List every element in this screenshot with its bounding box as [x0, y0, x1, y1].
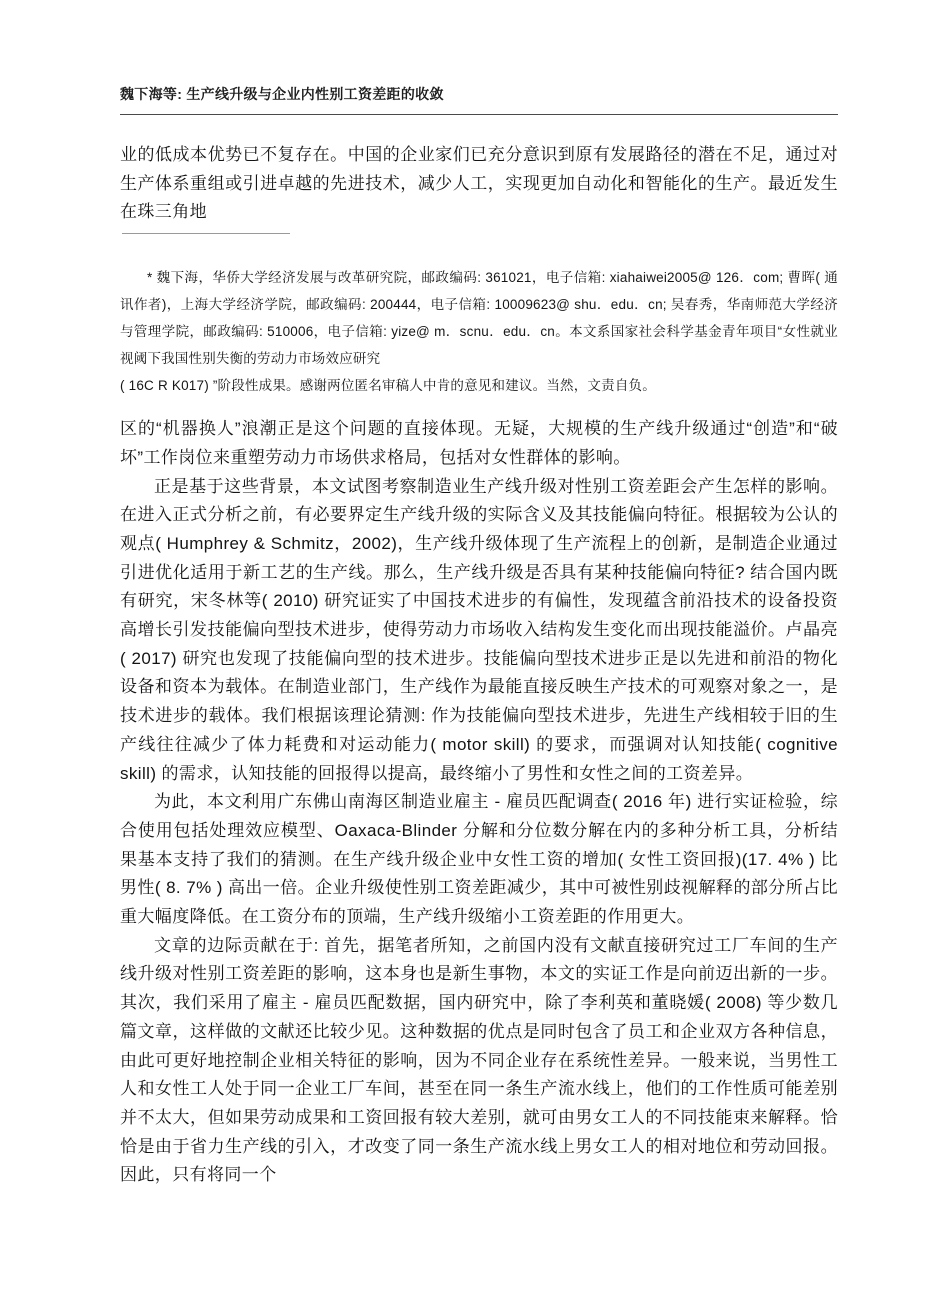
footnote-author-affiliations: * 魏下海，华侨大学经济发展与改革研究院，邮政编码: 361021，电子信箱: …	[120, 264, 838, 372]
footnote-block: * 魏下海，华侨大学经济发展与改革研究院，邮政编码: 361021，电子信箱: …	[120, 264, 838, 399]
paragraph-research-background: 正是基于这些背景，本文试图考察制造业生产线升级对性别工资差距会产生怎样的影响。在…	[120, 473, 838, 789]
paragraph-marginal-contribution: 文章的边际贡献在于: 首先，据笔者所知，之前国内没有文献直接研究过工厂车间的生产…	[120, 932, 838, 1190]
article-body: 业的低成本优势已不复存在。中国的企业家们已充分意识到原有发展路径的潜在不足，通过…	[120, 141, 838, 1190]
footnote-separator-rule	[122, 233, 290, 234]
header-rule	[120, 114, 838, 115]
paragraph-machine-replacement: 区的“机器换人”浪潮正是这个问题的直接体现。无疑，大规模的生产线升级通过“创造”…	[120, 415, 838, 472]
paragraph-empirical-findings: 为此，本文利用广东佛山南海区制造业雇主 - 雇员匹配调查( 2016 年) 进行…	[120, 788, 838, 932]
footnote-grant-acknowledgement: ( 16C R K017) ”阶段性成果。感谢两位匿名审稿人中肯的意见和建议。当…	[120, 372, 838, 399]
page-content: 魏下海等: 生产线升级与企业内性别工资差距的收敛 业的低成本优势已不复存在。中国…	[120, 85, 838, 1190]
running-head: 魏下海等: 生产线升级与企业内性别工资差距的收敛	[120, 85, 838, 104]
paragraph-intro-continuation: 业的低成本优势已不复存在。中国的企业家们已充分意识到原有发展路径的潜在不足，通过…	[120, 141, 838, 227]
paper-page: 魏下海等: 生产线升级与企业内性别工资差距的收敛 业的低成本优势已不复存在。中国…	[0, 0, 950, 1290]
